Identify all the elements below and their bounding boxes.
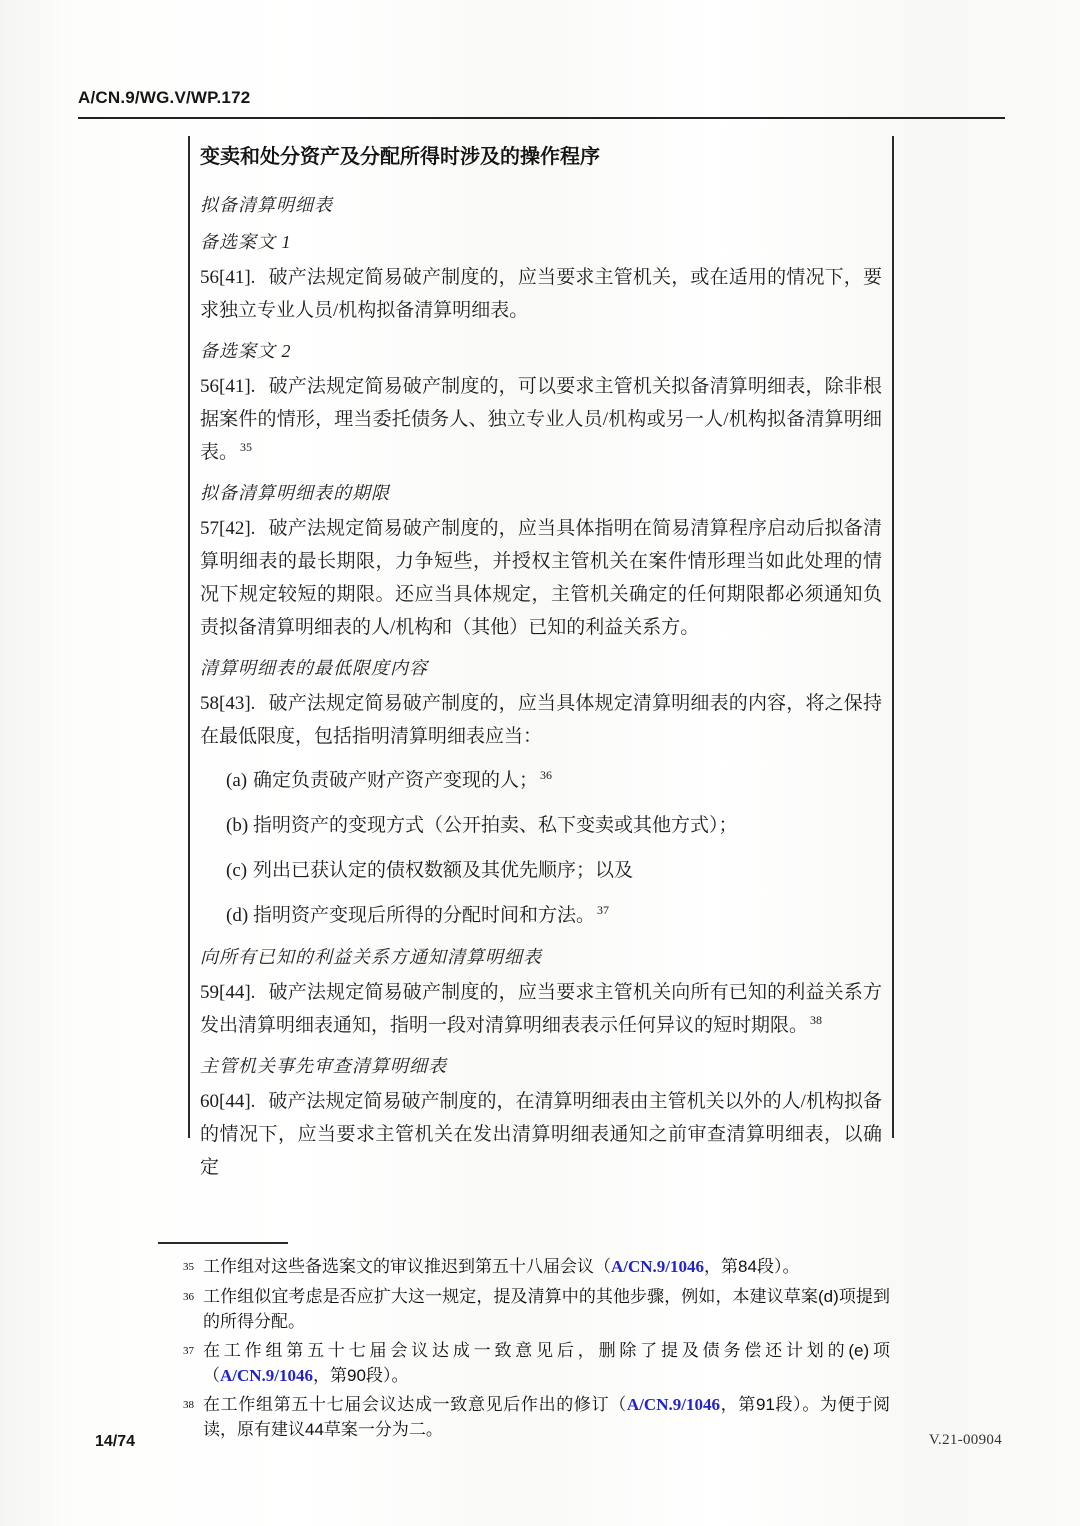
subheading-minimum-content: 清算明细表的最低限度内容 <box>200 655 882 681</box>
paragraph-text: 破产法规定简易破产制度的，应当具体规定清算明细表的内容，将之保持在最低限度，包括… <box>200 693 882 747</box>
list-item-text: 指明资产变现后所得的分配时间和方法。37 <box>253 899 882 932</box>
section-title: 变卖和处分资产及分配所得时涉及的操作程序 <box>200 142 882 172</box>
subheading-deadline: 拟备清算明细表的期限 <box>200 480 882 506</box>
paragraph-text: 破产法规定简易破产制度的，应当要求主管机关向所有已知的利益关系方发出清算明细表通… <box>200 982 882 1036</box>
paragraph-58-43: 58[43].破产法规定简易破产制度的，应当具体规定清算明细表的内容，将之保持在… <box>200 687 882 753</box>
paragraph-59-44: 59[44].破产法规定简易破产制度的，应当要求主管机关向所有已知的利益关系方发… <box>200 976 882 1042</box>
paragraph-text: 破产法规定简易破产制度的，应当具体指明在简易清算程序启动后拟备清算明细表的最长期… <box>200 518 882 638</box>
subheading-prior-review: 主管机关事先审查清算明细表 <box>200 1053 882 1079</box>
paragraph-text: 破产法规定简易破产制度的，在清算明细表由主管机关以外的人/机构拟备的情况下，应当… <box>200 1091 882 1178</box>
paragraph-57-42: 57[42].破产法规定简易破产制度的，应当具体指明在简易清算程序启动后拟备清算… <box>200 512 882 644</box>
document-link-acn9-1046[interactable]: A/CN.9/1046 <box>611 1257 704 1276</box>
list-item-c: (c)列出已获认定的债权数额及其优先顺序；以及 <box>226 854 882 887</box>
footnote-36: 36 工作组似宜考虑是否应扩大这一规定，提及清算中的其他步骤，例如，本建议草案(… <box>158 1284 890 1334</box>
list-item-marker: (d) <box>226 899 253 932</box>
list-item-text: 确定负责破产财产资产变现的人；36 <box>253 764 882 797</box>
paragraph-56-41-alt2: 56[41].破产法规定简易破产制度的，可以要求主管机关拟备清算明细表，除非根据… <box>200 370 882 469</box>
list-item-marker: (b) <box>226 809 253 842</box>
paragraph-text: 破产法规定简易破产制度的，可以要求主管机关拟备清算明细表，除非根据案件的情形，理… <box>200 376 882 463</box>
paragraph-number: 59[44]. <box>200 982 255 1003</box>
footnote-35: 35 工作组对这些备选案文的审议推迟到第五十八届会议（A/CN.9/1046，第… <box>158 1254 890 1280</box>
paragraph-text: 破产法规定简易破产制度的，应当要求主管机关，或在适用的情况下，要求独立专业人员/… <box>200 267 882 321</box>
document-page: A/CN.9/WG.V/WP.172 变卖和处分资产及分配所得时涉及的操作程序 … <box>0 0 1080 1526</box>
subheading-alternative-1: 备选案文 1 <box>200 229 882 255</box>
subheading-alternative-2: 备选案文 2 <box>200 338 882 364</box>
sublist-58: (a)确定负责破产财产资产变现的人；36 (b)指明资产的变现方式（公开拍卖、私… <box>200 764 882 932</box>
document-symbol: A/CN.9/WG.V/WP.172 <box>78 88 250 108</box>
document-link-acn9-1046[interactable]: A/CN.9/1046 <box>627 1395 720 1414</box>
paragraph-number: 60[44]. <box>200 1091 255 1112</box>
footnote-ref-37: 37 <box>597 903 609 917</box>
footnotes-section: 35 工作组对这些备选案文的审议推迟到第五十八届会议（A/CN.9/1046，第… <box>158 1242 890 1446</box>
list-item-a: (a)确定负责破产财产资产变现的人；36 <box>226 764 882 797</box>
recommendations-box: 变卖和处分资产及分配所得时涉及的操作程序 拟备清算明细表 备选案文 1 56[4… <box>188 136 894 1138</box>
paragraph-number: 56[41]. <box>200 376 255 397</box>
list-item-b: (b)指明资产的变现方式（公开拍卖、私下变卖或其他方式）； <box>226 809 882 842</box>
header-rule <box>78 117 1005 119</box>
list-item-marker: (c) <box>226 854 253 887</box>
footnote-number: 38 <box>183 1392 203 1442</box>
list-item-d: (d)指明资产变现后所得的分配时间和方法。37 <box>226 899 882 932</box>
page-number: 14/74 <box>95 1433 135 1451</box>
footnote-ref-35: 35 <box>240 440 252 454</box>
footnote-text: 工作组对这些备选案文的审议推迟到第五十八届会议（A/CN.9/1046，第84段… <box>203 1254 890 1280</box>
list-item-marker: (a) <box>226 764 253 797</box>
footnote-text: 工作组似宜考虑是否应扩大这一规定，提及清算中的其他步骤，例如，本建议草案(d)项… <box>203 1284 890 1334</box>
paragraph-56-41-alt1: 56[41].破产法规定简易破产制度的，应当要求主管机关，或在适用的情况下，要求… <box>200 261 882 327</box>
document-link-acn9-1046[interactable]: A/CN.9/1046 <box>220 1366 313 1385</box>
list-item-text: 指明资产的变现方式（公开拍卖、私下变卖或其他方式）； <box>253 809 882 842</box>
footnote-38: 38 在工作组第五十七届会议达成一致意见后作出的修订（A/CN.9/1046，第… <box>158 1392 890 1442</box>
footnote-separator-rule <box>158 1242 288 1244</box>
paragraph-60-44: 60[44].破产法规定简易破产制度的，在清算明细表由主管机关以外的人/机构拟备… <box>200 1085 882 1184</box>
paragraph-number: 57[42]. <box>200 518 255 539</box>
footnote-text: 在工作组第五十七届会议达成一致意见后，删除了提及债务偿还计划的(e)项（A/CN… <box>203 1338 890 1388</box>
subheading-prepare-liquidation-schedule: 拟备清算明细表 <box>200 192 882 218</box>
footnote-number: 36 <box>183 1284 203 1334</box>
footnote-ref-36: 36 <box>540 768 552 782</box>
footnote-text: 在工作组第五十七届会议达成一致意见后作出的修订（A/CN.9/1046，第91段… <box>203 1392 890 1442</box>
footnote-number: 37 <box>183 1338 203 1388</box>
paragraph-number: 56[41]. <box>200 267 255 288</box>
list-item-text: 列出已获认定的债权数额及其优先顺序；以及 <box>253 854 882 887</box>
paragraph-number: 58[43]. <box>200 693 255 714</box>
footnote-number: 35 <box>183 1254 203 1280</box>
subheading-notice: 向所有已知的利益关系方通知清算明细表 <box>200 944 882 970</box>
document-id: V.21-00904 <box>929 1432 1002 1449</box>
footnote-ref-38: 38 <box>810 1013 822 1027</box>
footnote-37: 37 在工作组第五十七届会议达成一致意见后，删除了提及债务偿还计划的(e)项（A… <box>158 1338 890 1388</box>
